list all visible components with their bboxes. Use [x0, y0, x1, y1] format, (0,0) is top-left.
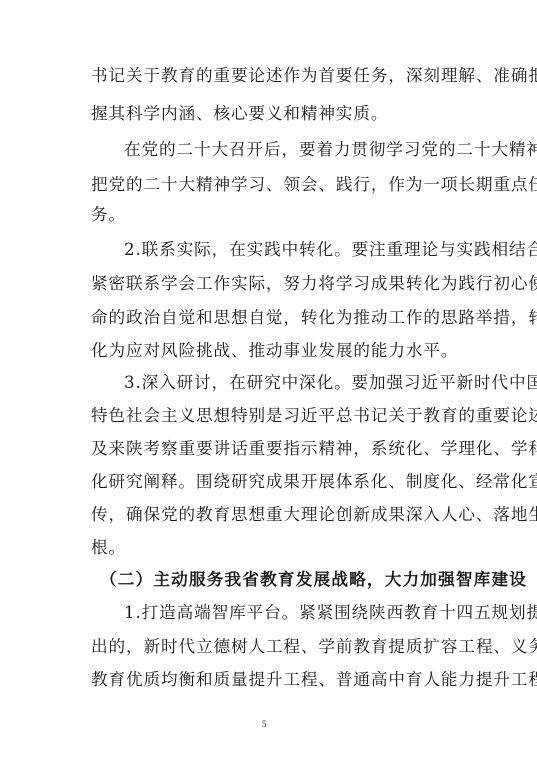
- paragraph-start-line: 2.联系实际，在实践中转化。要注重理论与实践相结合，: [124, 240, 464, 260]
- text-line: 特色社会主义思想特别是习近平总书记关于教育的重要论述: [91, 406, 461, 426]
- text-line: 根。: [91, 538, 461, 558]
- text-line: 出的，新时代立德树人工程、学前教育提质扩容工程、义务: [91, 637, 461, 657]
- text-line: 命的政治自觉和思想自觉，转化为推动工作的思路举措，转: [91, 308, 461, 328]
- text-line: 把党的二十大精神学习、领会、践行，作为一项长期重点任: [91, 175, 461, 195]
- text-line: 书记关于教育的重要论述作为首要任务，深刻理解、准确把: [91, 66, 461, 86]
- text-line: 教育优质均衡和质量提升工程、普通高中育人能力提升工程、: [91, 670, 461, 690]
- document-page: 书记关于教育的重要论述作为首要任务，深刻理解、准确把 握其科学内涵、核心要义和精…: [0, 0, 537, 764]
- text-line: 化为应对风险挑战、推动事业发展的能力水平。: [91, 341, 461, 361]
- text-line: 传，确保党的教育思想重大理论创新成果深入人心、落地生: [91, 505, 461, 525]
- paragraph-start-line: 1.打造高端智库平台。紧紧围绕陕西教育十四五规划提: [124, 603, 464, 623]
- paragraph-start-line: 在党的二十大召开后，要着力贯彻学习党的二十大精神，: [124, 140, 464, 160]
- section-heading: （二）主动服务我省教育发展战略，大力加强智库建设: [100, 570, 470, 590]
- text-line: 及来陕考察重要讲话重要指示精神，系统化、学理化、学科: [91, 439, 461, 459]
- text-line: 务。: [91, 205, 461, 225]
- text-line: 握其科学内涵、核心要义和精神实质。: [91, 104, 461, 124]
- text-line: 紧密联系学会工作实际，努力将学习成果转化为践行初心使: [91, 274, 461, 294]
- paragraph-start-line: 3.深入研讨，在研究中深化。要加强习近平新时代中国: [124, 373, 464, 393]
- page-number: 5: [262, 719, 267, 729]
- text-line: 化研究阐释。围绕研究成果开展体系化、制度化、经常化宣: [91, 472, 461, 492]
